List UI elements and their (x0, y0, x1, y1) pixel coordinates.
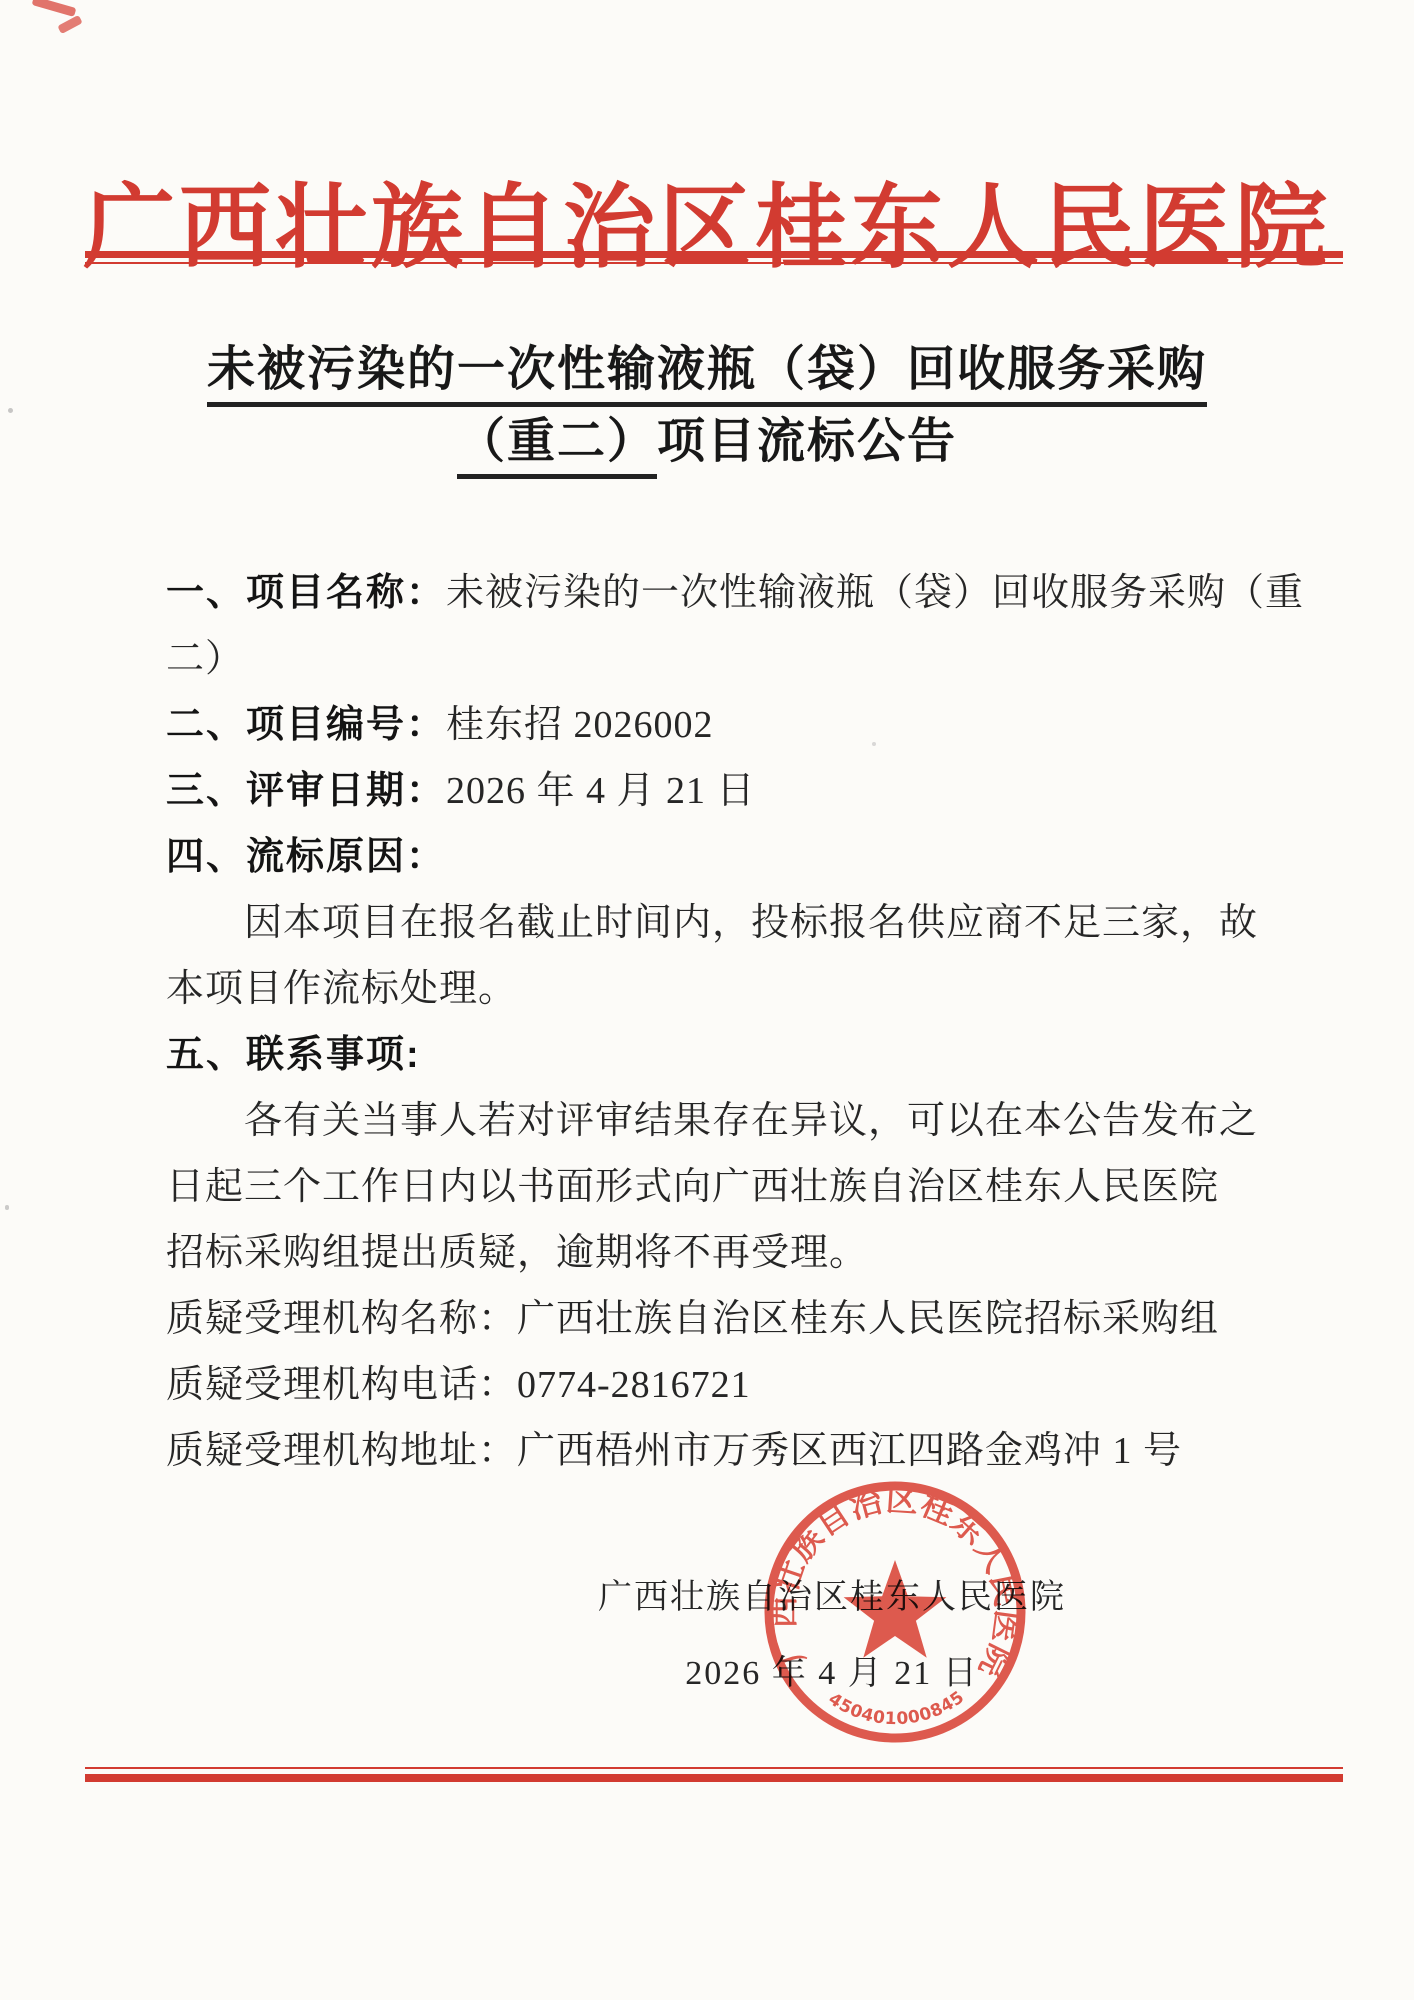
body-text: 因本项目在报名截止时间内，投标报名供应商不足三家，故 (244, 902, 1258, 944)
body-text: 招标采购组提出质疑，逾期将不再受理。 (166, 1232, 868, 1274)
body-line: 本项目作流标处理。 (166, 956, 1266, 1022)
official-seal-stamp: 广西壮族自治区桂东人民医院 4504010008459 (745, 1462, 1045, 1762)
body-line: 招标采购组提出质疑，逾期将不再受理。 (166, 1220, 1266, 1286)
title-project-name: 未被污染的一次性输液瓶（袋）回收服务采购 (207, 343, 1207, 407)
section-label: 一、项目名称： (166, 572, 446, 614)
title-line-2: （重二）项目流标公告 (0, 406, 1414, 478)
letterhead-divider-thick (85, 251, 1343, 258)
section-label: 四、流标原因： (166, 836, 446, 878)
footer-divider-thin (85, 1767, 1343, 1769)
body-text: 各有关当事人若对评审结果存在异议，可以在本公告发布之 (244, 1100, 1258, 1142)
body-text: 2026 年 4 月 21 日 (446, 770, 756, 812)
body-line: 一、项目名称：未被污染的一次性输液瓶（袋）回收服务采购（重 (166, 560, 1266, 626)
body-line: 二、项目编号：桂东招 2026002 (166, 692, 1266, 758)
body-line: 质疑受理机构电话：0774-2816721 (166, 1352, 1266, 1418)
footer-divider-thick (85, 1774, 1343, 1782)
body-line: 各有关当事人若对评审结果存在异议，可以在本公告发布之 (166, 1088, 1266, 1154)
title-suffix: 项目流标公告 (657, 415, 957, 468)
letterhead-divider-thin (85, 262, 1343, 264)
body-line: 三、评审日期：2026 年 4 月 21 日 (166, 758, 1266, 824)
body-line: 二） (166, 626, 1266, 692)
body-line: 质疑受理机构名称：广西壮族自治区桂东人民医院招标采购组 (166, 1286, 1266, 1352)
body-line: 四、流标原因： (166, 824, 1266, 890)
body-text: 质疑受理机构电话：0774-2816721 (166, 1364, 751, 1406)
body-text: 质疑受理机构名称：广西壮族自治区桂东人民医院招标采购组 (166, 1298, 1219, 1340)
announcement-body: 一、项目名称：未被污染的一次性输液瓶（袋）回收服务采购（重二）二、项目编号：桂东… (166, 560, 1266, 1484)
announcement-title: 未被污染的一次性输液瓶（袋）回收服务采购 （重二）项目流标公告 (0, 334, 1414, 478)
scan-artifact (57, 15, 82, 34)
title-line-1: 未被污染的一次性输液瓶（袋）回收服务采购 (0, 334, 1414, 406)
body-line: 因本项目在报名截止时间内，投标报名供应商不足三家，故 (166, 890, 1266, 956)
section-label: 三、评审日期： (166, 770, 446, 812)
body-text: 未被污染的一次性输液瓶（袋）回收服务采购（重 (446, 572, 1304, 614)
body-text: 桂东招 2026002 (446, 704, 714, 746)
body-text: 本项目作流标处理。 (166, 968, 517, 1010)
body-line: 日起三个工作日内以书面形式向广西壮族自治区桂东人民医院 (166, 1154, 1266, 1220)
hospital-letterhead: 广西壮族自治区桂东人民医院 (0, 182, 1414, 274)
body-line: 五、联系事项: (166, 1022, 1266, 1088)
body-line: 质疑受理机构地址：广西梧州市万秀区西江四路金鸡冲 1 号 (166, 1418, 1266, 1484)
scan-artifact (32, 0, 77, 17)
star-icon (844, 1560, 947, 1658)
section-label: 五、联系事项: (166, 1034, 421, 1076)
title-project-name-tail: （重二） (457, 415, 657, 479)
body-text: 二） (166, 638, 244, 680)
section-label: 二、项目编号： (166, 704, 446, 746)
body-text: 日起三个工作日内以书面形式向广西壮族自治区桂东人民医院 (166, 1166, 1219, 1208)
scan-artifact (5, 1205, 9, 1210)
scanned-announcement-page: 广西壮族自治区桂东人民医院 未被污染的一次性输液瓶（袋）回收服务采购 （重二）项… (0, 0, 1414, 2000)
